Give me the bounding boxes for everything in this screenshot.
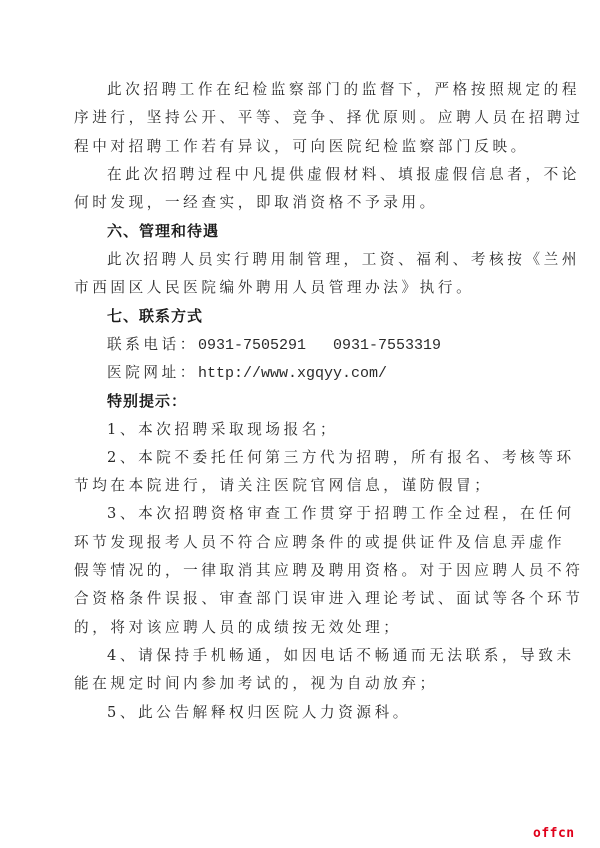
notice-item-3-line-5: 的，将对该应聘人员的成绩按无效处理；	[74, 614, 528, 642]
paragraph-false-info-line-2: 何时发现，一经查实，即取消资格不予录用。	[74, 189, 528, 217]
paragraph-supervision-line-2: 序进行，坚持公开、平等、竞争、择优原则。应聘人员在招聘过	[74, 104, 528, 132]
notice-item-3-line-4: 合资格条件误报、审查部门误审进入理论考试、面试等各个环节	[74, 585, 528, 613]
phone-label: 联系电话：	[107, 336, 198, 353]
website-link[interactable]: http://www.xgqyy.com/	[198, 365, 387, 382]
section6-line-1: 此次招聘人员实行聘用制管理，工资、福利、考核按《兰州	[74, 246, 528, 274]
paragraph-supervision-line-1: 此次招聘工作在纪检监察部门的监督下，严格按照规定的程	[74, 76, 528, 104]
notice-item-2-line-1: 2、本院不委托任何第三方代为招聘，所有报名、考核等环	[74, 444, 528, 472]
contact-website-line: 医院网址：http://www.xgqyy.com/	[74, 359, 528, 387]
document-page: 此次招聘工作在纪检监察部门的监督下，严格按照规定的程 序进行，坚持公开、平等、竞…	[74, 76, 528, 727]
notice-item-3-line-3: 假等情况的，一律取消其应聘及聘用资格。对于因应聘人员不符	[74, 557, 528, 585]
section-heading-contact: 七、联系方式	[74, 302, 528, 330]
section6-line-2: 市西固区人民医院编外聘用人员管理办法》执行。	[74, 274, 528, 302]
notice-item-5: 5、此公告解释权归医院人力资源科。	[74, 699, 528, 727]
section-heading-management: 六、管理和待遇	[74, 217, 528, 245]
phone-numbers: 0931-7505291 0931-7553319	[198, 337, 441, 354]
paragraph-false-info-line-1: 在此次招聘过程中凡提供虚假材料、填报虚假信息者，不论	[74, 161, 528, 189]
notice-item-4-line-1: 4、请保持手机畅通，如因电话不畅通而无法联系，导致未	[74, 642, 528, 670]
notice-item-3-line-1: 3、本次招聘资格审查工作贯穿于招聘工作全过程，在任何	[74, 500, 528, 528]
contact-phone-line: 联系电话：0931-7505291 0931-7553319	[74, 331, 528, 359]
notice-item-2-line-2: 节均在本院进行，请关注医院官网信息，谨防假冒；	[74, 472, 528, 500]
notice-item-4-line-2: 能在规定时间内参加考试的，视为自动放弃；	[74, 670, 528, 698]
offcn-watermark-logo: offcn	[533, 826, 575, 841]
website-label: 医院网址：	[107, 364, 198, 381]
notice-item-1: 1、本次招聘采取现场报名；	[74, 416, 528, 444]
paragraph-supervision-line-3: 程中对招聘工作若有异议，可向医院纪检监察部门反映。	[74, 133, 528, 161]
notice-item-3-line-2: 环节发现报考人员不符合应聘条件的或提供证件及信息弄虚作	[74, 529, 528, 557]
notice-heading: 特别提示：	[74, 387, 528, 415]
